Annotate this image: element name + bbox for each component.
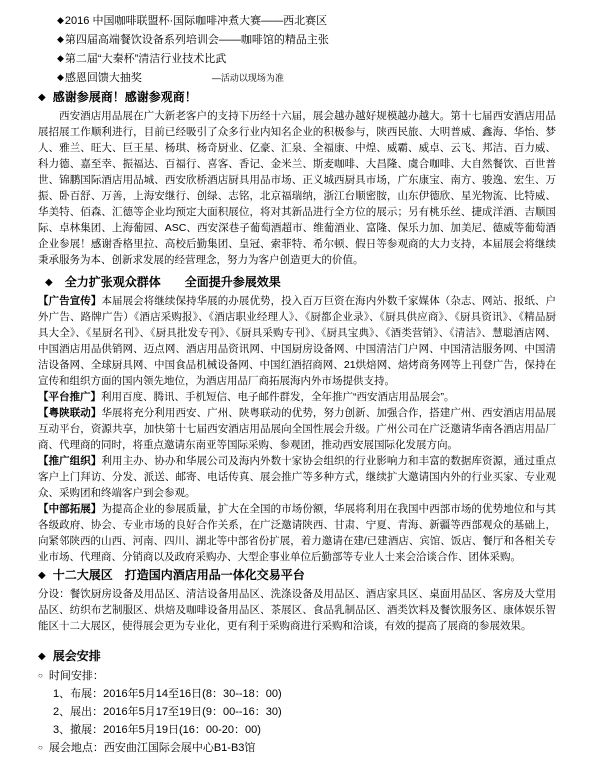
section-title-text: 感谢参展商！感谢参观商！ bbox=[53, 90, 197, 104]
paragraph-text: 华展将充分利用西安、广州、陕粤联动的优势，努力创新、加强合作，搭建广州、西安酒店… bbox=[38, 407, 556, 451]
paragraph-text: 利用百度、腾讯、手机短信、电子邮件群发，全年推广“西安酒店用品展会”。 bbox=[101, 391, 455, 403]
activity-note: —活动以现场为准 bbox=[212, 73, 284, 83]
section-title-text: 展会安排 bbox=[53, 649, 101, 663]
paragraph-text: 为提高企业的参展质量，扩大在全国的市场份额，华展将利用在我国中西部市场的优势地位… bbox=[38, 503, 556, 563]
diamond-bullet-icon: ◆ bbox=[38, 92, 46, 103]
schedule-venue-text: 展会地点：西安曲江国际会展中心B1-B3馆 bbox=[49, 742, 256, 754]
circle-bullet-icon: ○ bbox=[38, 743, 43, 752]
promo-paragraph-advertising: 【广告宣传】本届展会将继续保持华展的办展优势，投入百万巨资在海内外数千家媒体（杂… bbox=[38, 293, 556, 389]
circle-bullet-icon: ○ bbox=[38, 671, 43, 680]
section-title-promotion: ◆全力扩张观众群体 全面提升参展效果 bbox=[45, 273, 556, 292]
list-item: 2、展出：2016年5月17至19日(9：00--16：30) bbox=[53, 703, 556, 721]
paragraph-label: 【中部拓展】 bbox=[38, 503, 101, 515]
activity-text: 第二届“大秦杯”清洁行业技术比武 bbox=[65, 53, 226, 65]
section-title-text: 十二大展区 打造国内酒店用品一体化交易平台 bbox=[53, 568, 305, 582]
list-item: 3、撤展：2016年5月19日(16：00-20：00) bbox=[53, 721, 556, 739]
promo-paragraph-organization: 【推广组织】利用主办、协办和华展公司及海内外数十家协会组织的行业影响力和丰富的数… bbox=[38, 453, 556, 501]
paragraph-text: 本届展会将继续保持华展的办展优势，投入百万巨资在海内外数千家媒体（杂志、网站、报… bbox=[38, 295, 556, 387]
activities-list: ◆2016 中国咖啡联盟杯·国际咖啡冲煮大赛——西北赛区 ◆第四届高端餐饮设备系… bbox=[38, 11, 556, 87]
diamond-bullet-icon: ◆ bbox=[38, 651, 46, 662]
activity-text: 第四届高端餐饮设备系列培训会——咖啡馆的精品主张 bbox=[65, 34, 329, 46]
promo-paragraph-platform: 【平台推广】利用百度、腾讯、手机短信、电子邮件群发，全年推广“西安酒店用品展会”… bbox=[38, 389, 556, 405]
list-item: ◆2016 中国咖啡联盟杯·国际咖啡冲煮大赛——西北赛区 bbox=[57, 11, 556, 30]
paragraph-label: 【粤陕联动】 bbox=[38, 407, 101, 419]
document-page: ◆2016 中国咖啡联盟杯·国际咖啡冲煮大赛——西北赛区 ◆第四届高端餐饮设备系… bbox=[0, 0, 593, 757]
diamond-bullet-icon: ◆ bbox=[57, 53, 64, 63]
schedule-venue: ○展会地点：西安曲江国际会展中心B1-B3馆 bbox=[38, 739, 556, 757]
section-title-schedule: ◆展会安排 bbox=[38, 647, 556, 666]
paragraph-text: 利用主办、协办和华展公司及海内外数十家协会组织的行业影响力和丰富的数据库资源，通… bbox=[38, 455, 556, 499]
diamond-bullet-icon: ◆ bbox=[57, 72, 64, 82]
list-item: 1、布展：2016年5月14至16日(8：30--18：00) bbox=[53, 685, 556, 703]
diamond-bullet-icon: ◆ bbox=[57, 34, 64, 44]
list-item: ◆感恩回馈大抽奖—活动以现场为准 bbox=[57, 68, 556, 87]
promo-paragraph-central-expansion: 【中部拓展】为提高企业的参展质量，扩大在全国的市场份额，华展将利用在我国中西部市… bbox=[38, 501, 556, 565]
section-title-text: 全力扩张观众群体 全面提升参展效果 bbox=[65, 275, 281, 289]
list-item: ◆第四届高端餐饮设备系列培训会——咖啡馆的精品主张 bbox=[57, 30, 556, 49]
zones-paragraph: 分设：餐饮厨房设备及用品区、清洁设备用品区、洗涤设备及用品区、酒店家具区、桌面用… bbox=[38, 586, 556, 634]
activity-text: 感恩回馈大抽奖 bbox=[65, 72, 142, 84]
diamond-bullet-icon: ◆ bbox=[45, 277, 53, 288]
schedule-time-heading-text: 时间安排： bbox=[49, 670, 104, 682]
diamond-bullet-icon: ◆ bbox=[57, 15, 64, 25]
schedule-time-heading: ○时间安排： bbox=[38, 667, 556, 685]
thanks-paragraph: 西安酒店用品展在广大新老客户的支持下历经十六届，展会越办越好规模越办越大。第十七… bbox=[38, 108, 556, 268]
section-title-zones: ◆十二大展区 打造国内酒店用品一体化交易平台 bbox=[38, 566, 556, 585]
section-title-thanks: ◆感谢参展商！感谢参观商！ bbox=[38, 88, 556, 107]
promo-paragraph-linkage: 【粤陕联动】华展将充分利用西安、广州、陕粤联动的优势，努力创新、加强合作，搭建广… bbox=[38, 405, 556, 453]
list-item: ◆第二届“大秦杯”清洁行业技术比武 bbox=[57, 49, 556, 68]
paragraph-label: 【平台推广】 bbox=[38, 391, 101, 403]
paragraph-label: 【广告宣传】 bbox=[38, 295, 101, 307]
activity-text: 2016 中国咖啡联盟杯·国际咖啡冲煮大赛——西北赛区 bbox=[65, 15, 327, 27]
schedule-times-list: 1、布展：2016年5月14至16日(8：30--18：00) 2、展出：201… bbox=[38, 685, 556, 739]
paragraph-label: 【推广组织】 bbox=[38, 455, 101, 467]
diamond-bullet-icon: ◆ bbox=[38, 570, 46, 581]
